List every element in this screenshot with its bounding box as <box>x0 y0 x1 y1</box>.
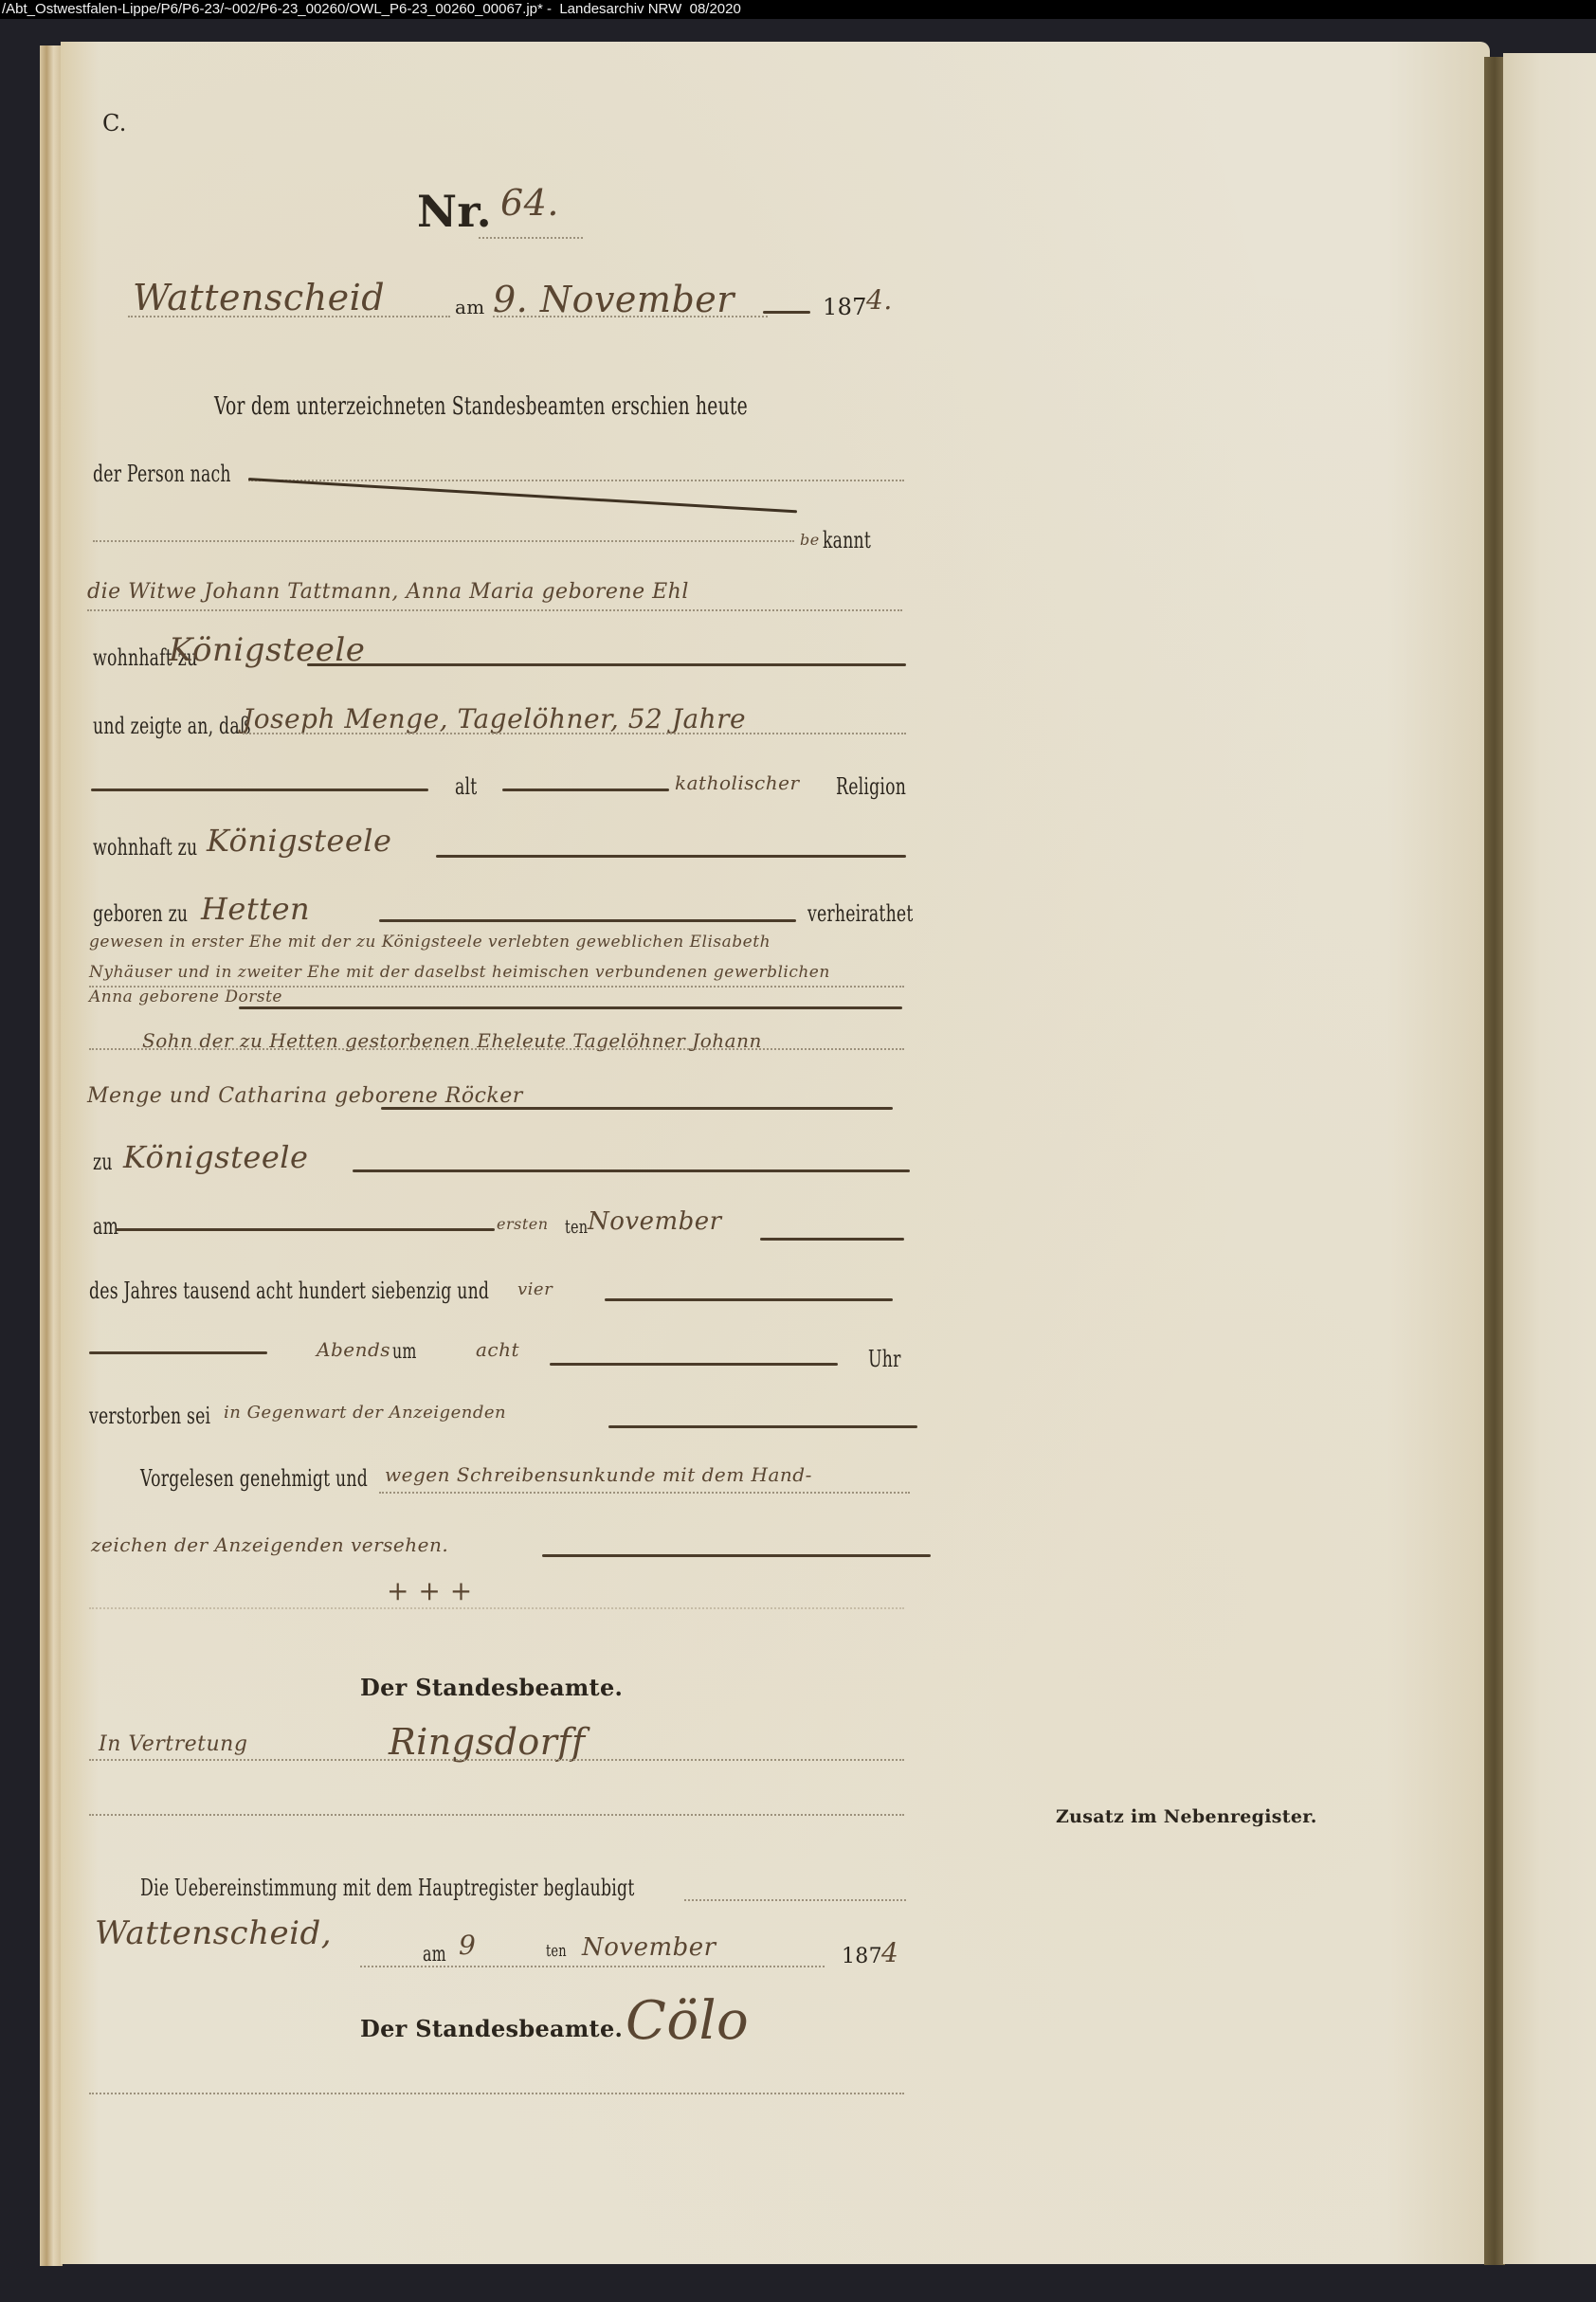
certification-text: Die Uebereinstimmung mit dem Hauptregist… <box>140 1875 634 1901</box>
registrar-title: Der Standesbeamte. <box>360 1674 623 1701</box>
marriage-line-3: Anna geborene Dorste <box>89 988 282 1006</box>
certification-day: 9 <box>459 1930 476 1961</box>
died-rule <box>608 1425 917 1428</box>
time-rule-right <box>550 1363 838 1366</box>
marriage-line-1: gewesen in erster Ehe mit der zu Königst… <box>89 933 771 952</box>
announcement-dotted-line <box>243 733 906 734</box>
announcement-label: und zeigte an, daß <box>93 713 251 739</box>
residence-informant-rule <box>307 663 906 666</box>
registrar-dotted-line-2 <box>89 1814 904 1816</box>
death-date-rule-left <box>116 1228 495 1231</box>
residence-deceased-rule <box>436 855 906 858</box>
record-number-label: Nr. <box>417 186 492 237</box>
birthplace-rule <box>379 919 796 922</box>
age-rule-left <box>91 788 428 791</box>
announcement-hand: Joseph Menge, Tagelöhner, 52 Jahre <box>243 703 746 734</box>
book-page-edges <box>40 45 63 2266</box>
died-label: verstorben sei <box>89 1403 210 1429</box>
date-dotted-line <box>493 316 768 317</box>
death-date-rule-right <box>760 1238 904 1241</box>
section-letter: C. <box>102 110 127 136</box>
religion-hand: katholischer <box>675 771 800 794</box>
death-date-am-label: am <box>93 1213 118 1240</box>
facing-page <box>1503 53 1596 2264</box>
certification-year-suffix: 4 <box>881 1937 898 1968</box>
certification-ten-label: ten <box>546 1941 567 1961</box>
parents-line-2: Menge und Catharina geborene Röcker <box>87 1084 523 1108</box>
identity-dotted-line-2 <box>93 540 794 542</box>
identity-dotted-line-1 <box>248 480 904 481</box>
marks-dotted-line <box>89 1607 904 1609</box>
certification-year-prefix: 187 <box>842 1945 882 1968</box>
number-dotted-line <box>479 237 583 239</box>
informant-hand: die Witwe Johann Tattmann, Anna Maria ge… <box>87 580 689 604</box>
certification-registrar-title: Der Standesbeamte. <box>360 2015 623 2042</box>
certification-dotted-line <box>684 1899 906 1901</box>
marriage-line-2: Nyhäuser und in zweiter Ehe mit der dase… <box>89 963 830 982</box>
death-day-hand: ersten <box>497 1215 549 1233</box>
married-label: verheirathet <box>807 900 914 927</box>
residence-deceased-label: wohnhaft zu <box>93 834 197 861</box>
approval-label: Vorgelesen genehmigt und <box>140 1465 368 1492</box>
year-line-label: des Jahres tausend acht hundert siebenzi… <box>89 1278 489 1304</box>
parents-rule <box>381 1107 893 1110</box>
certification-date-dotted-line <box>360 1966 825 1967</box>
registrar-signature-prefix: In Vertretung <box>99 1732 247 1756</box>
window-title-bar: /Abt_Ostwestfalen-Lippe/P6/P6-23/~002/P6… <box>0 0 1596 19</box>
certification-month: November <box>582 1933 716 1962</box>
religion-label: Religion <box>836 773 906 800</box>
intro-text: Vor dem unterzeichneten Standesbeamten e… <box>214 392 748 421</box>
age-rule-right <box>502 788 669 791</box>
am-label: am <box>455 296 485 318</box>
certification-bottom-dotted-line <box>89 2093 904 2094</box>
certification-signature: Cölo <box>626 1990 749 2052</box>
time-hour-hand: acht <box>476 1338 519 1361</box>
place-hand: Wattenscheid <box>133 277 385 318</box>
death-place-rule <box>353 1169 910 1172</box>
certification-place: Wattenscheid, <box>95 1914 332 1952</box>
death-place-hand: Königsteele <box>123 1139 308 1175</box>
time-period-hand: Abends <box>317 1338 390 1361</box>
identity-suffix-print: kannt <box>823 527 871 553</box>
approval-hand-line-2: zeichen der Anzeigenden versehen. <box>91 1533 448 1556</box>
place-dotted-line <box>128 316 450 317</box>
registrar-dotted-line-1 <box>89 1759 904 1761</box>
year-prefix: 187 <box>823 294 867 320</box>
approval-rule <box>542 1554 931 1557</box>
identity-label: der Person nach <box>93 461 231 487</box>
time-rule-left <box>89 1351 267 1354</box>
year-line-hand: vier <box>517 1279 553 1299</box>
residence-deceased-hand: Königsteele <box>207 823 391 859</box>
death-month-hand: November <box>588 1207 722 1236</box>
marriage-rule <box>239 1006 902 1009</box>
identity-suffix-hand: be <box>800 531 820 549</box>
died-hand: in Gegenwart der Anzeigenden <box>224 1403 506 1423</box>
year-line-rule <box>605 1298 893 1301</box>
date-rule <box>763 311 810 314</box>
time-um-label: um <box>392 1340 417 1364</box>
side-note: Zusatz im Nebenregister. <box>1056 1806 1317 1827</box>
death-place-label: zu <box>93 1149 113 1175</box>
informant-marks: + + + <box>387 1575 473 1606</box>
birthplace-hand: Hetten <box>201 891 310 927</box>
book-gutter <box>1484 57 1505 2265</box>
approval-dotted-line <box>379 1492 910 1494</box>
birthplace-label: geboren zu <box>93 900 188 927</box>
approval-hand-line-1: wegen Schreibensunkunde mit dem Hand- <box>385 1463 812 1486</box>
date-hand: 9. November <box>493 279 735 320</box>
time-uhr-label: Uhr <box>868 1346 901 1372</box>
certification-am-label: am <box>423 1943 446 1967</box>
record-number-value: 64. <box>500 182 559 224</box>
registrar-signature: Ringsdorff <box>389 1721 586 1763</box>
window-title: /Abt_Ostwestfalen-Lippe/P6/P6-23/~002/P6… <box>2 1 741 17</box>
alt-label: alt <box>455 773 477 800</box>
informant-dotted-line <box>87 609 902 611</box>
death-date-ten-label: ten <box>565 1215 588 1238</box>
year-suffix-hand: 4. <box>866 284 893 316</box>
parents-dotted-line-1 <box>89 1048 904 1050</box>
